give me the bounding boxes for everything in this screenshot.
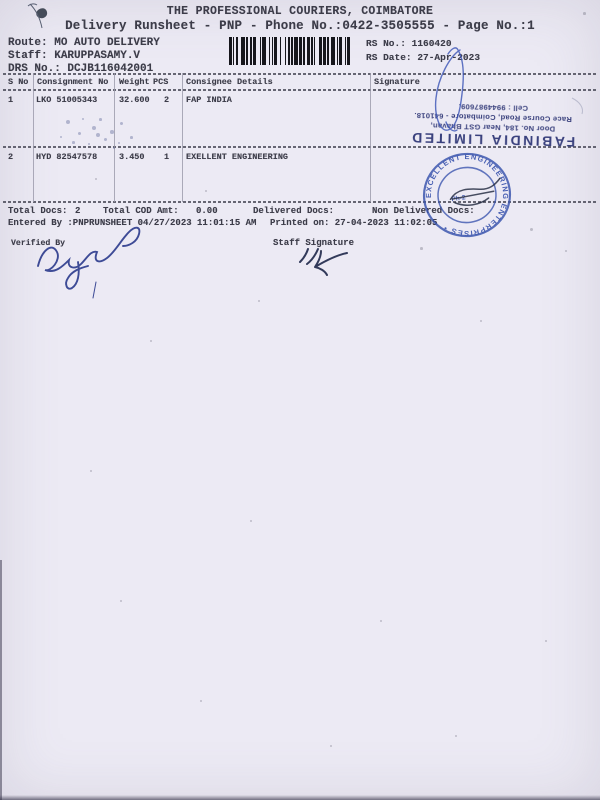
- row2-consignment-no: HYD 82547578: [36, 152, 97, 162]
- total-docs-label: Total Docs:: [8, 206, 67, 216]
- speck: [150, 340, 152, 342]
- rs-no-value: 1160420: [412, 38, 452, 49]
- row1-weight: 32.600: [119, 95, 150, 105]
- total-docs-value: 2: [75, 206, 80, 216]
- row1-pcs: 2: [164, 95, 169, 105]
- staff-signature-label: Staff Signature: [273, 238, 354, 248]
- staff-value: KARUPPASAMY.V: [54, 50, 140, 62]
- delivered-docs-label: Delivered Docs:: [253, 206, 334, 216]
- rs-date-value: 27-Apr-2023: [417, 52, 480, 63]
- row2-weight: 3.450: [119, 152, 145, 162]
- speck: [545, 640, 547, 642]
- excellent-engineering-round-seal: EXCELLENT ENGINEERING ENTERPRISES * Ph-2: [418, 149, 516, 243]
- document-title: THE PROFESSIONAL COURIERS, COIMBATORE: [0, 5, 600, 18]
- row1-consignee: FAP INDIA: [186, 95, 232, 105]
- rs-no-label: RS No.:: [366, 38, 406, 49]
- scan-bottom-edge: [0, 795, 600, 800]
- speck: [205, 190, 207, 192]
- speck: [104, 138, 107, 141]
- speck: [78, 132, 81, 135]
- speck: [90, 470, 92, 472]
- speck: [480, 320, 482, 322]
- speck: [60, 136, 62, 138]
- column-divider: [370, 73, 371, 202]
- col-header-s-no: S No: [8, 77, 28, 87]
- staff-row: Staff: KARUPPASAMY.V: [8, 50, 140, 62]
- barcode-icon: [229, 37, 353, 65]
- staff-signature-scrawl: [300, 249, 347, 275]
- row1-consignment-no: LKO 51005343: [36, 95, 97, 105]
- speck: [330, 745, 332, 747]
- column-divider: [114, 73, 115, 202]
- speck: [95, 178, 97, 180]
- rs-date-label: RS Date:: [366, 52, 412, 63]
- table-top-rule: [3, 73, 597, 75]
- row2-consignee: EXELLENT ENGINEERING: [186, 152, 288, 162]
- speck: [118, 142, 120, 144]
- speck: [92, 126, 96, 130]
- speck: [320, 250, 322, 252]
- row2-s-no: 2: [8, 152, 13, 162]
- col-header-pcs: PCS: [153, 77, 168, 87]
- col-header-consignee: Consignee Details: [186, 77, 273, 87]
- speck: [120, 600, 122, 602]
- verified-by-label: Verified By: [11, 239, 65, 248]
- entered-by-text: Entered By :PNPRUNSHEET 04/27/2023 11:01…: [8, 218, 256, 228]
- speck: [99, 118, 102, 121]
- col-header-weight: Weight: [119, 77, 150, 87]
- speck: [200, 700, 202, 702]
- route-label: Route:: [8, 37, 48, 49]
- speck: [120, 122, 123, 125]
- speck: [455, 735, 457, 737]
- speck: [380, 620, 382, 622]
- speck: [258, 300, 260, 302]
- row2-pcs: 1: [164, 152, 169, 162]
- printed-on-text: Printed on: 27-04-2023 11:02:05: [270, 218, 437, 228]
- scanned-runsheet-page: THE PROFESSIONAL COURIERS, COIMBATORE De…: [0, 0, 600, 800]
- speck: [110, 130, 114, 134]
- fabindia-address-stamp: FABINDIA LIMITED Door No. 184, Near GST …: [387, 82, 599, 151]
- column-divider: [182, 73, 183, 202]
- speck: [82, 118, 84, 120]
- total-cod-label: Total COD Amt:: [103, 206, 179, 216]
- speck: [250, 520, 252, 522]
- document-subtitle: Delivery Runsheet - PNP - Phone No.:0422…: [0, 19, 600, 33]
- speck: [530, 228, 533, 231]
- route-row: Route: MO AUTO DELIVERY: [8, 37, 160, 49]
- speck: [130, 136, 133, 139]
- staff-label: Staff:: [8, 50, 48, 62]
- speck: [420, 247, 423, 250]
- barcode-bar: [350, 37, 353, 65]
- speck: [583, 12, 586, 15]
- speck: [66, 120, 70, 124]
- total-cod-value: 0.00: [196, 206, 218, 216]
- scan-left-edge: [0, 560, 2, 800]
- row1-s-no: 1: [8, 95, 13, 105]
- route-value: MO AUTO DELIVERY: [54, 37, 160, 49]
- column-divider: [33, 73, 34, 202]
- rs-date-row: RS Date: 27-Apr-2023: [366, 52, 480, 63]
- speck: [565, 250, 567, 252]
- col-header-consignment-no: Consignment No: [37, 77, 108, 87]
- speck: [72, 141, 75, 144]
- rs-no-row: RS No.: 1160420: [366, 38, 452, 49]
- speck: [96, 133, 100, 137]
